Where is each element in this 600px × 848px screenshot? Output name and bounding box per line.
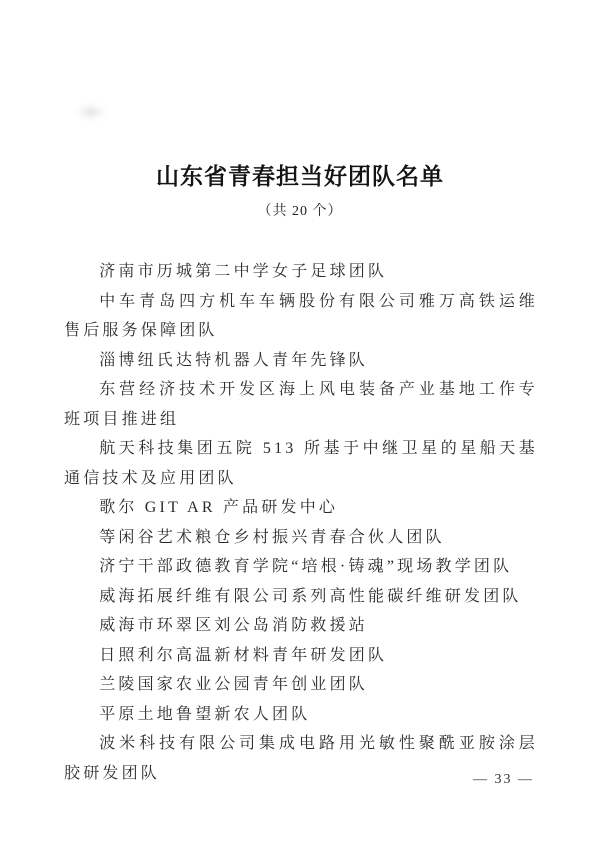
team-list-item: 威海市环翠区刘公岛消防救援站 (64, 611, 538, 641)
team-list-item: 歌尔 GIT AR 产品研发中心 (64, 493, 538, 523)
team-list-item: 淄博纽氏达特机器人青年先锋队 (64, 346, 538, 376)
team-list-item: 航天科技集团五院 513 所基于中继卫星的星船天基通信技术及应用团队 (64, 434, 538, 493)
team-list-item: 等闲谷艺术粮仓乡村振兴青春合伙人团队 (64, 523, 538, 553)
team-list-item: 日照利尔高温新材料青年研发团队 (64, 641, 538, 671)
team-list: 济南市历城第二中学女子足球团队 中车青岛四方机车车辆股份有限公司雅万高铁运维售后… (64, 257, 538, 788)
team-list-item: 中车青岛四方机车车辆股份有限公司雅万高铁运维售后服务保障团队 (64, 287, 538, 346)
team-list-item: 平原土地鲁望新农人团队 (64, 700, 538, 730)
page-number: — 33 — (473, 772, 534, 788)
team-list-item: 兰陵国家农业公园青年创业团队 (64, 670, 538, 700)
document-page: 山东省青春担当好团队名单 （共 20 个） 济南市历城第二中学女子足球团队 中车… (0, 0, 600, 848)
page-subtitle: （共 20 个） (0, 200, 600, 220)
page-title: 山东省青春担当好团队名单 (0, 0, 600, 191)
team-list-item: 东营经济技术开发区海上风电装备产业基地工作专班项目推进组 (64, 375, 538, 434)
team-list-item: 威海拓展纤维有限公司系列高性能碳纤维研发团队 (64, 582, 538, 612)
team-list-item: 济宁干部政德教育学院“培根·铸魂”现场教学团队 (64, 552, 538, 582)
team-list-item: 济南市历城第二中学女子足球团队 (64, 257, 538, 287)
team-list-item: 波米科技有限公司集成电路用光敏性聚酰亚胺涂层胶研发团队 (64, 729, 538, 788)
